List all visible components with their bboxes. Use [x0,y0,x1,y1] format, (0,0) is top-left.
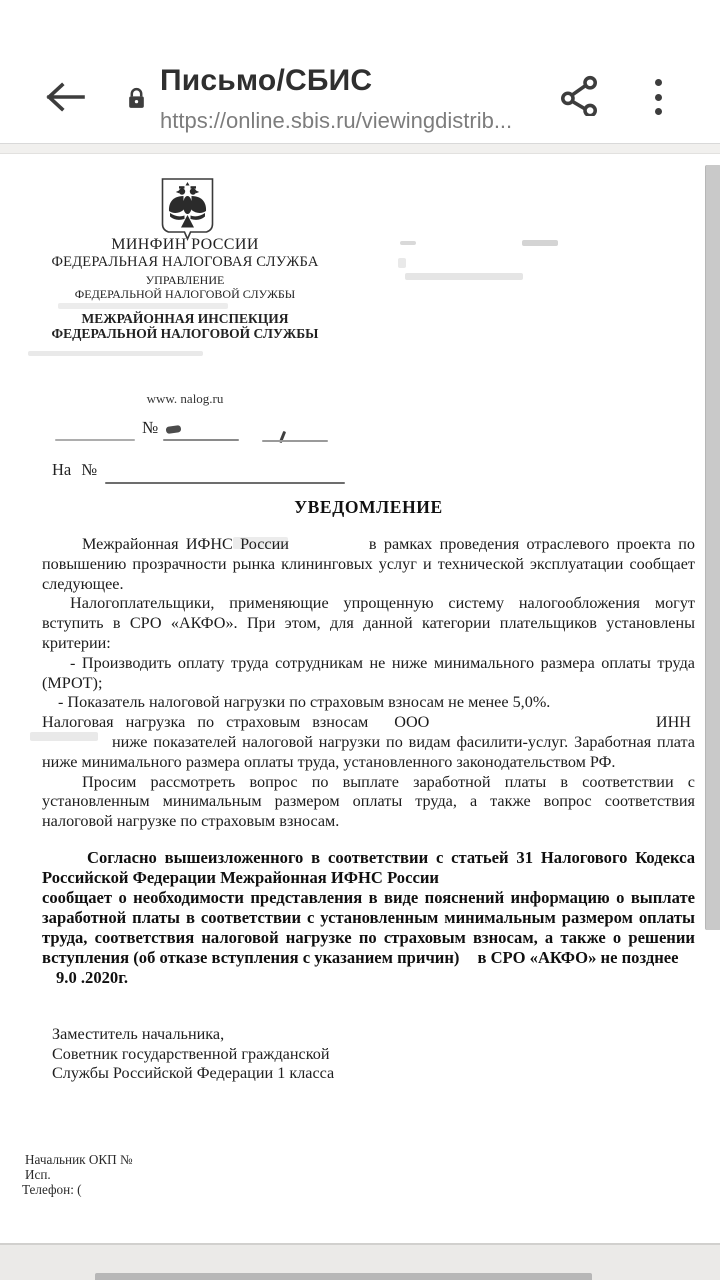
paragraph-7-part-2: сообщает о необходимости представления в… [42,888,695,968]
browser-screen: Письмо/СБИС https://online.sbis.ru/viewi… [0,0,720,1280]
menu-dot-icon [655,108,662,115]
signature-position-line1: Заместитель начальника, [52,1025,334,1045]
reply-to-label: На № [52,460,97,480]
tax-burden-text: Налоговая нагрузка по страховым взносам [42,713,368,733]
back-button[interactable] [44,80,86,114]
menu-dot-icon [655,79,662,86]
menu-dot-icon [655,94,662,101]
redacted-region-line [58,303,228,309]
number-underline [163,439,239,441]
faded-address-remnant [405,273,523,280]
scanned-letter-document: МИНФИН РОССИИ ФЕДЕРАЛЬНАЯ НАЛОГОВАЯ СЛУЖ… [0,154,720,1243]
footer-executor: Исп. [22,1167,133,1182]
footer-department: Начальник ОКП № [22,1152,133,1167]
outgoing-number-symbol: № [142,418,158,438]
faded-address-remnant [400,241,416,245]
paragraph-2: Налогоплательщики, применяющие упрощенну… [42,594,695,653]
bottom-bar [0,1243,720,1280]
paragraph-5-continuation: ниже показателей налоговой нагрузки по в… [42,733,695,773]
page-title: Письмо/СБИС [160,64,580,98]
number-underline [262,440,328,442]
deadline-date: 9.0 .2020г. [42,968,695,988]
agency-department-line2: ФЕДЕРАЛЬНОЙ НАЛОГОВОЙ СЛУЖБЫ [35,287,335,302]
paragraph-4-criterion-2: - Показатель налоговой нагрузки по страх… [42,693,695,713]
signature-position-line2: Советник государственной гражданской [52,1045,334,1065]
app-bar-divider [0,144,720,154]
paragraph-6: Просим рассмотреть вопрос по выплате зар… [42,773,695,832]
agency-service: ФЕДЕРАЛЬНАЯ НАЛОГОВАЯ СЛУЖБА [35,254,335,271]
faded-address-remnant [522,240,558,246]
agency-inspection-line1: МЕЖРАЙОННАЯ ИНСПЕКЦИЯ [35,311,335,327]
agency-ministry: МИНФИН РОССИИ [35,236,335,254]
letter-footer: Начальник ОКП № Исп. Телефон: ( [22,1152,133,1197]
company-type-ooo: ООО [394,713,429,733]
coat-of-arms-emblem [157,176,218,242]
inn-label: ИНН [656,713,691,733]
agency-department-line1: УПРАВЛЕНИЕ [35,273,335,288]
url-bar[interactable]: https://online.sbis.ru/viewingdistrib... [160,108,570,134]
back-arrow-icon [44,80,86,114]
agency-website: www. nalog.ru [35,391,335,407]
secure-lock-icon[interactable] [127,87,146,110]
browser-app-bar: Письмо/СБИС https://online.sbis.ru/viewi… [0,0,720,144]
vertical-scrollbar-thumb[interactable] [705,165,720,930]
paragraph-1-start: Межрайонная ИФНС России [82,535,289,553]
faded-address-remnant [398,258,406,268]
signature-block: Заместитель начальника, Советник государ… [52,1025,334,1084]
paragraph-5-line-1: Налоговая нагрузка по страховым взносам … [42,713,695,733]
horizontal-scrollbar-thumb[interactable] [95,1273,592,1280]
agency-inspection-line2: ФЕДЕРАЛЬНОЙ НАЛОГОВОЙ СЛУЖБЫ [35,326,335,342]
footer-phone: Телефон: ( [22,1182,133,1197]
reply-to-underline [105,482,345,484]
paragraph-3-criterion-1: - Производить оплату труда сотрудникам н… [42,654,695,694]
paragraph-7-sro: в СРО «АКФО» не позднее [477,948,678,967]
date-underline [55,439,135,441]
paragraph-7-part-1: Согласно вышеизложенного в соответствии … [42,848,695,888]
paragraph-1: Межрайонная ИФНС Россиив рамках проведен… [42,535,695,594]
overflow-menu-button[interactable] [646,78,670,116]
share-icon [559,74,599,116]
signature-position-line3: Службы Российской Федерации 1 класса [52,1064,334,1084]
letter-body: Межрайонная ИФНС Россиив рамках проведен… [42,535,695,988]
handwritten-mark [166,425,182,434]
document-title: УВЕДОМЛЕНИЕ [42,497,695,518]
share-button[interactable] [559,74,599,116]
redacted-line [28,351,203,356]
